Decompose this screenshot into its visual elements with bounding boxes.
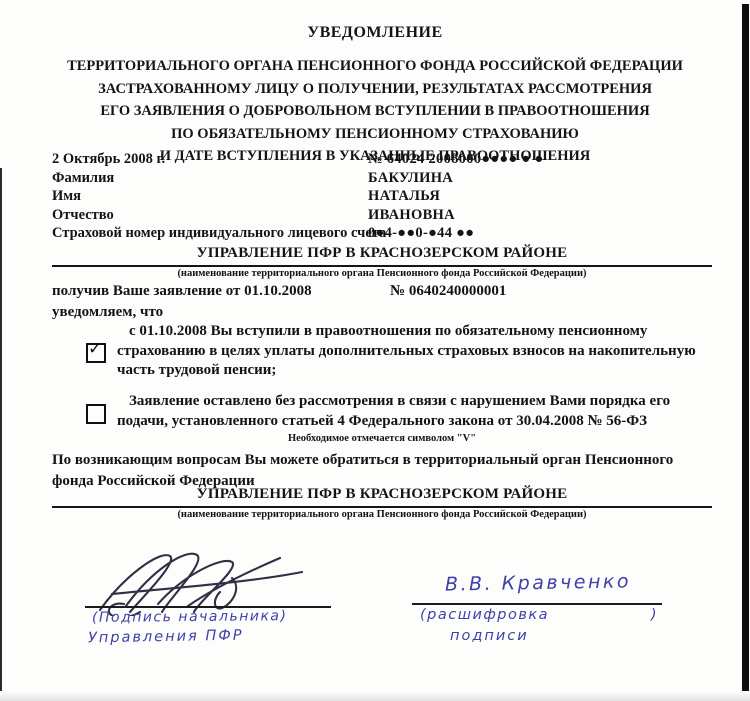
signatory-name: В.В. Кравченко <box>414 570 662 596</box>
checkmark-icon: ✓ <box>88 339 102 359</box>
firstname-value: НАТАЛЬЯ <box>368 188 440 205</box>
signature-line-right <box>412 603 662 605</box>
checkbox-empty <box>86 404 106 424</box>
org-underline <box>52 265 712 267</box>
org-name: УПРАВЛЕНИЕ ПФР В КРАСНОЗЕРСКОМ РАЙОНЕ <box>52 245 712 262</box>
scanned-notification-document: УВЕДОМЛЕНИЕ ТЕРРИТОРИАЛЬНОГО ОРГАНА ПЕНС… <box>0 0 750 701</box>
patronymic-value: ИВАНОВНА <box>368 207 455 224</box>
document-date: 2 Октябрь 2008 г. <box>52 151 165 167</box>
signature-caption-left-2: Управления ПФР <box>88 628 244 647</box>
signature-caption-right-2: подписи <box>450 628 529 644</box>
caption-open: (расшифровка <box>420 607 549 623</box>
org-caption-bottom: (наименование территориального органа Пе… <box>52 509 712 520</box>
caption-close-paren: ) <box>651 607 658 623</box>
header-line: ПО ОБЯЗАТЕЛЬНОМУ ПЕНСИОННОМУ СТРАХОВАНИЮ <box>0 123 750 146</box>
scan-border-left <box>0 168 2 695</box>
surname-row: Фамилия БАКУЛИНА <box>52 170 712 189</box>
header-line: ТЕРРИТОРИАЛЬНОГО ОРГАНА ПЕНСИОННОГО ФОНД… <box>0 55 750 78</box>
document-number: № 64024 2008000●●●● ● ● <box>368 151 544 168</box>
patronymic-label: Отчество <box>52 207 114 223</box>
signature-caption-right-1: (расшифровка ) <box>420 607 658 623</box>
org-caption: (наименование территориального органа Пе… <box>52 268 712 279</box>
option-entered-text: с 01.10.2008 Вы вступили в правоотношени… <box>117 322 717 381</box>
date-number-row: 2 Октябрь 2008 г. № 64024 2008000●●●● ● … <box>52 151 712 170</box>
option-rejected-text: Заявление оставлено без рассмотрения в с… <box>117 392 717 431</box>
org-block-top: УПРАВЛЕНИЕ ПФР В КРАСНОЗЕРСКОМ РАЙОНЕ (н… <box>52 245 712 279</box>
snils-row: Страховой номер индивидуального лицевого… <box>52 225 712 244</box>
checkbox-checked: ✓ <box>86 343 106 363</box>
signature-caption-left-1: (Подпись начальника) <box>92 608 288 626</box>
surname-value: БАКУЛИНА <box>368 170 453 187</box>
patronymic-row: Отчество ИВАНОВНА <box>52 207 712 226</box>
header-line: ЕГО ЗАЯВЛЕНИЯ О ДОБРОВОЛЬНОМ ВСТУПЛЕНИИ … <box>0 100 750 123</box>
org-block-bottom: УПРАВЛЕНИЕ ПФР В КРАСНОЗЕРСКОМ РАЙОНЕ (н… <box>52 486 712 520</box>
firstname-label: Имя <box>52 188 81 204</box>
application-received-row: получив Ваше заявление от 01.10.2008 № 0… <box>52 283 712 300</box>
check-symbol-note: Необходимое отмечается символом "V" <box>52 433 712 444</box>
document-title: УВЕДОМЛЕНИЕ <box>0 24 750 42</box>
snils-label: Страховой номер индивидуального лицевого… <box>52 225 386 241</box>
application-number: № 0640240000001 <box>390 283 506 300</box>
org-name-bottom: УПРАВЛЕНИЕ ПФР В КРАСНОЗЕРСКОМ РАЙОНЕ <box>52 486 712 503</box>
application-received-text: получив Ваше заявление от 01.10.2008 <box>52 283 312 299</box>
signature-line-left <box>85 606 331 608</box>
signature-area: (Подпись начальника) Управления ПФР В.В.… <box>52 540 712 690</box>
notify-line: уведомляем, что <box>52 304 163 321</box>
surname-label: Фамилия <box>52 170 114 186</box>
header-line: ЗАСТРАХОВАННОМУ ЛИЦУ О ПОЛУЧЕНИИ, РЕЗУЛЬ… <box>0 78 750 101</box>
org-underline-bottom <box>52 506 712 508</box>
firstname-row: Имя НАТАЛЬЯ <box>52 188 712 207</box>
snils-value: 0●4-●●0-●44 ●● <box>368 225 474 242</box>
person-meta: 2 Октябрь 2008 г. № 64024 2008000●●●● ● … <box>52 151 712 244</box>
scan-shadow-bottom <box>0 691 750 701</box>
